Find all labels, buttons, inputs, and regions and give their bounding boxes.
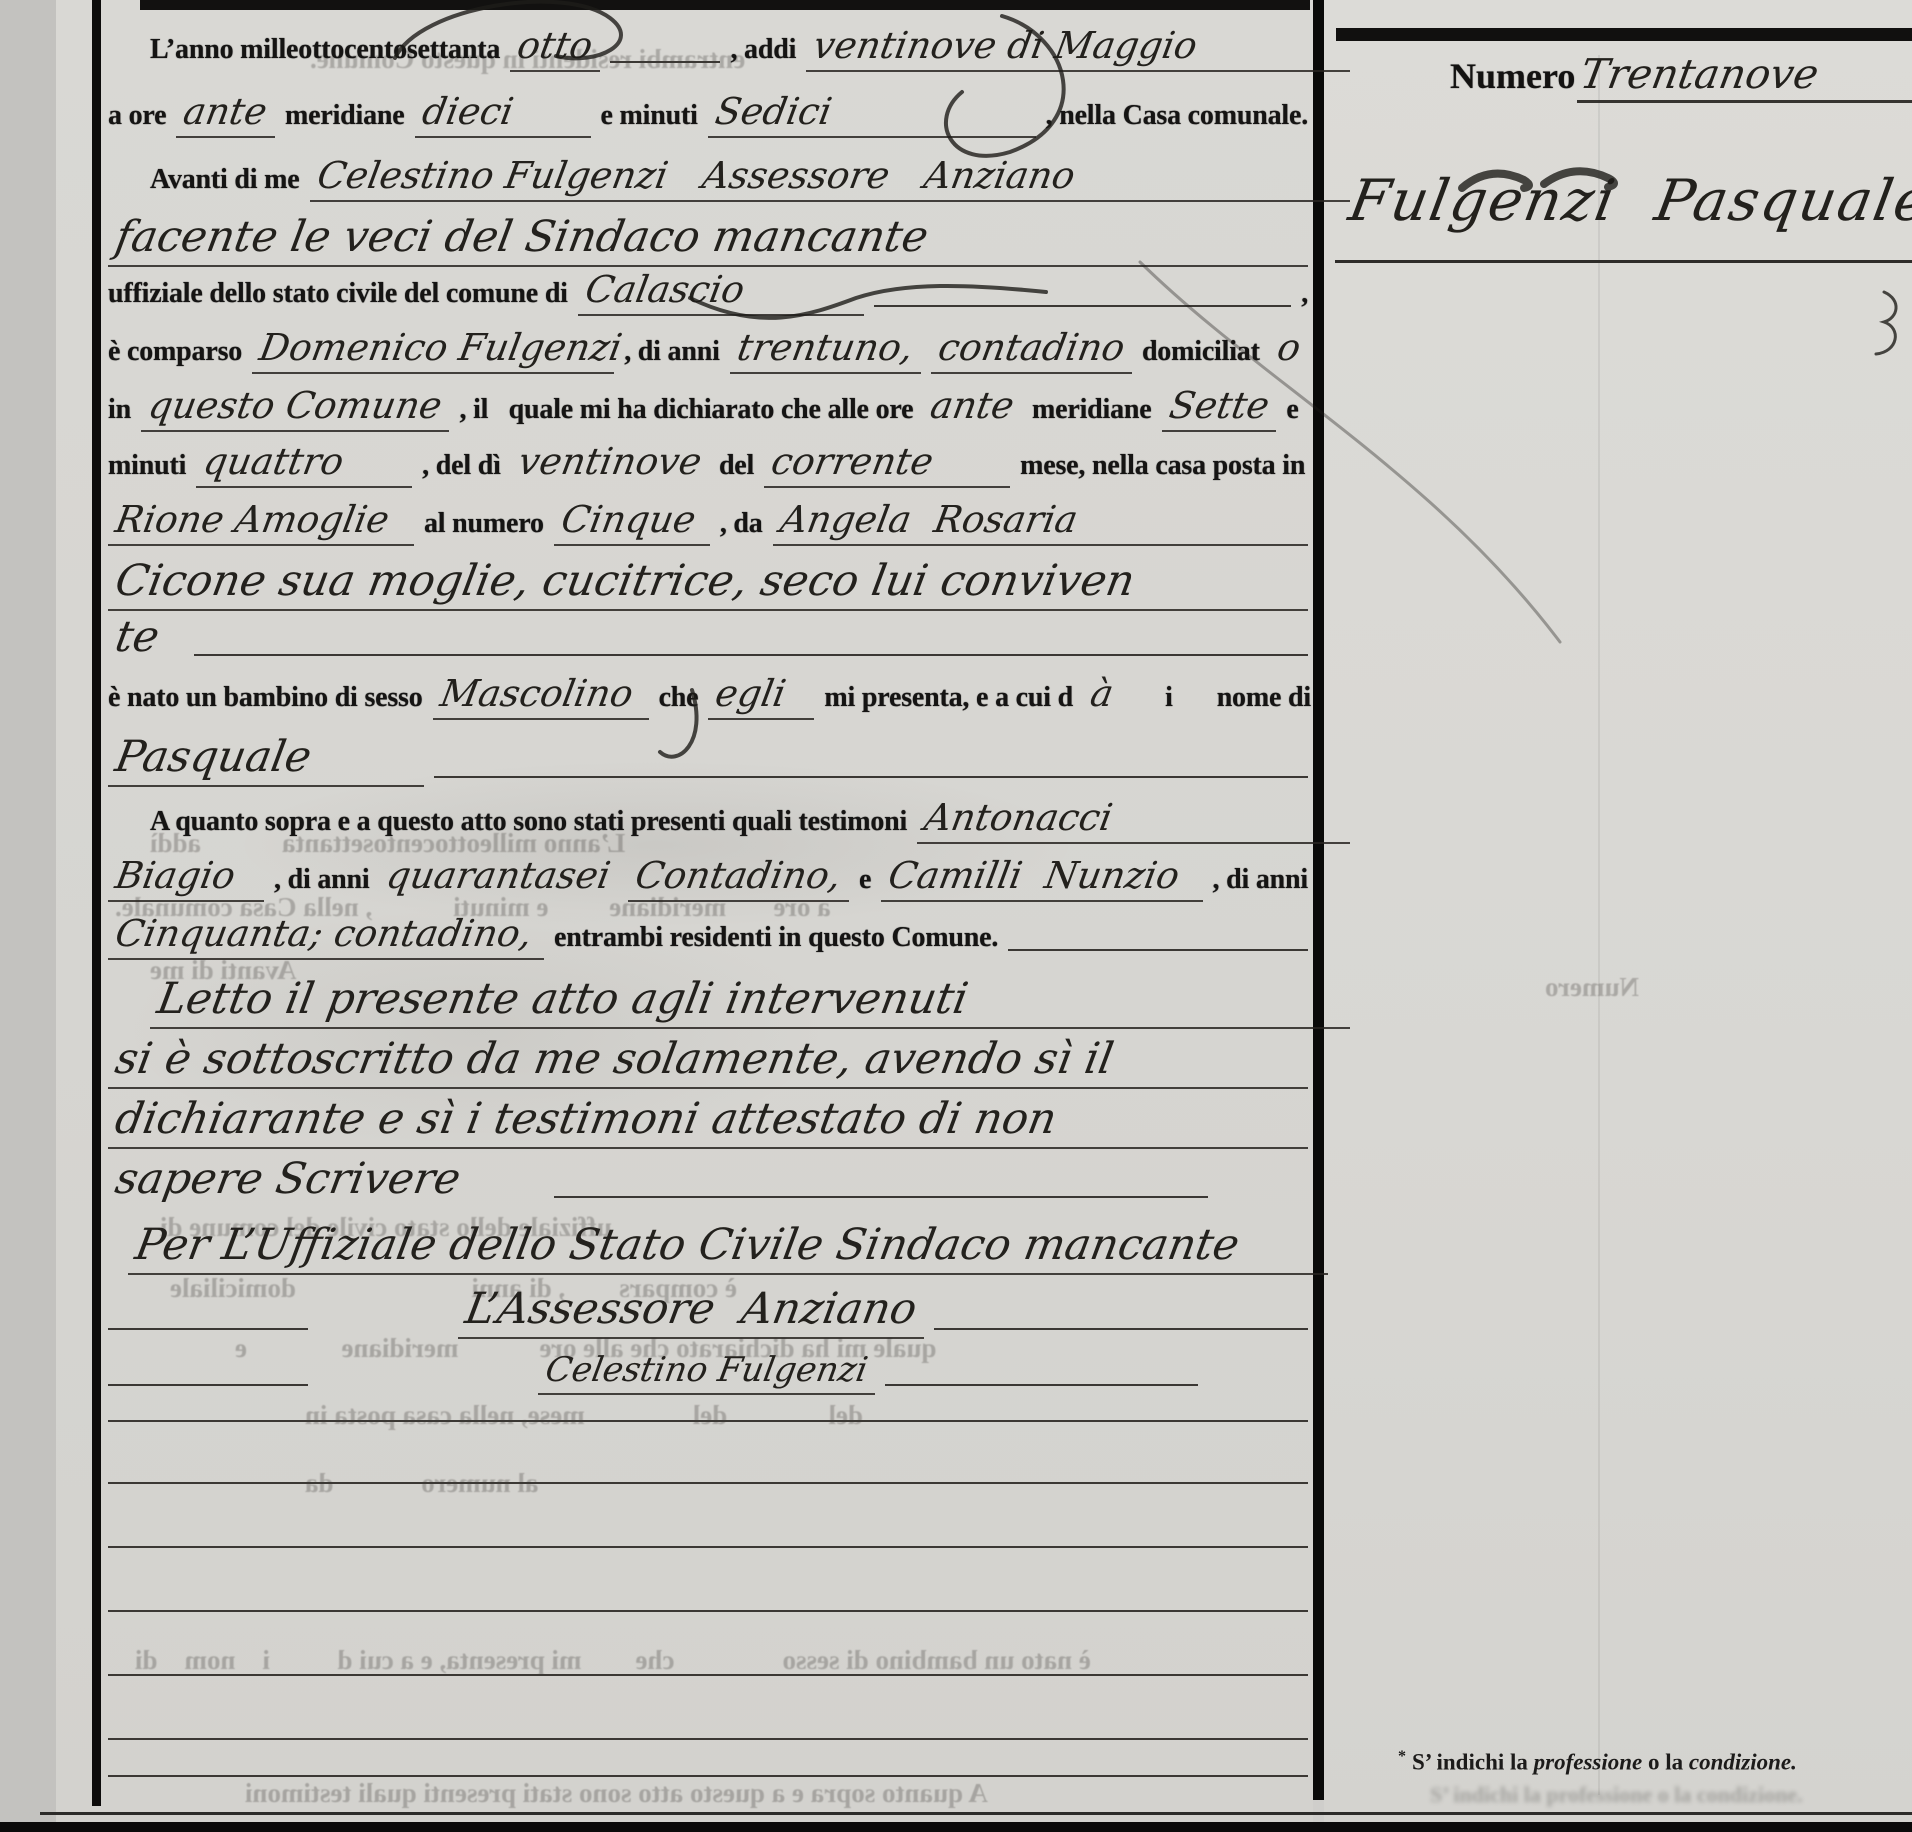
printed-label: è nato un bambino di sesso (108, 682, 423, 714)
handwritten-text: o (1274, 326, 1304, 369)
handwritten-entry: Cinque (554, 498, 710, 546)
footnote-italic-condizione: condizione. (1689, 1750, 1797, 1775)
printed-label: uffiziale dello stato civile del comune … (108, 278, 568, 310)
printed-label: , di anni (1213, 864, 1308, 896)
handwritten-entry: facente le veci del Sindaco mancante (108, 212, 1308, 267)
printed-label: minuti (108, 450, 186, 482)
handwritten-entry: à (1083, 672, 1121, 718)
handwritten-text: Sedici (712, 90, 835, 133)
printed-label: è comparso (108, 336, 242, 368)
main-column-top-border (140, 0, 1310, 10)
handwritten-entry: Celestino Fulgenzi Assessore Anziano (310, 154, 1350, 202)
form-line: L’Assessore Anziano (108, 1284, 1308, 1339)
handwritten-entry: Biagio (108, 854, 264, 902)
handwritten-text: si è sottoscritto da me solamente, avend… (112, 1034, 1118, 1084)
handwritten-entry: Sedici (708, 90, 1036, 138)
form-line: è comparsoDomenico Fulgenzi, di annitren… (108, 326, 1308, 374)
form-line: si è sottoscritto da me solamente, avend… (108, 1034, 1308, 1089)
printed-label: A quanto sopra e a questo atto sono stat… (150, 806, 907, 838)
handwritten-entry: Contadino, (628, 854, 849, 902)
handwritten-entry: ventinove (511, 440, 709, 486)
printed-label: , da (720, 508, 763, 540)
fill-rule (108, 1775, 1308, 1777)
handwritten-text: Angela Rosaria (777, 498, 1081, 541)
form-line (108, 1420, 1308, 1431)
handwritten-entry: Rione Amoglie (108, 498, 414, 546)
handwritten-text: te (112, 612, 164, 662)
form-line: dichiarante e sì i testimoni attestato d… (108, 1094, 1308, 1149)
form-line: te (108, 612, 1308, 665)
handwritten-text: Antonacci (921, 796, 1115, 839)
printed-label: al numero (424, 508, 544, 540)
handwritten-text: egli (713, 672, 790, 715)
footnote: *S’ indichi la professione o la condizio… (1398, 1748, 1797, 1776)
handwritten-entry: ventinove di Maggio (806, 24, 1350, 72)
handwritten-text: Domenico Fulgenzi (256, 326, 625, 369)
handwritten-entry: contadino (931, 326, 1132, 374)
fill-rule (874, 305, 1291, 307)
form-line: minutiquattro, del dìventinovedelcorrent… (108, 440, 1308, 488)
printed-label: che (659, 682, 699, 714)
handwritten-text: Per L’Uffiziale dello Stato Civile Sinda… (132, 1220, 1244, 1270)
fill-rule (885, 1384, 1198, 1386)
handwritten-text: ventinove di Maggio (810, 24, 1200, 67)
record-number-row: Numero Trentanove (1450, 50, 1912, 103)
printed-label: del (719, 450, 754, 482)
printed-label: e (859, 864, 871, 896)
handwritten-text: facente le veci del Sindaco mancante (112, 212, 932, 262)
form-line: facente le veci del Sindaco mancante (108, 212, 1308, 267)
form-line: uffiziale dello stato civile del comune … (108, 268, 1308, 316)
handwritten-entry: quattro (196, 440, 412, 488)
printed-label: nome di (1217, 682, 1311, 714)
handwritten-entry: si è sottoscritto da me solamente, avend… (108, 1034, 1308, 1089)
handwritten-entry: Calascio (578, 268, 864, 316)
fill-rule (1008, 949, 1308, 951)
handwritten-entry: Pasquale (108, 732, 424, 787)
printed-label: in (108, 394, 131, 426)
form-line: L’anno milleottocentosettantaotto, addiv… (108, 24, 1350, 72)
bottom-thin-rule (40, 1812, 1912, 1815)
form-line: Rione Amoglieal numeroCinque, daAngela R… (108, 498, 1308, 546)
handwritten-text: à (1087, 672, 1117, 715)
printed-label: meridiane (285, 100, 405, 132)
handwritten-entry: dichiarante e sì i testimoni attestato d… (108, 1094, 1308, 1149)
form-line: Pasquale (108, 732, 1308, 787)
bleedthrough-text: è nato un bambino di sesso che mi presen… (135, 1645, 1091, 1676)
handwritten-text: Cinquanta; contadino, (112, 912, 535, 955)
form-line: inquesto Comune, il quale mi ha dichiara… (108, 384, 1308, 432)
footnote-italic-professione: professione (1534, 1750, 1643, 1775)
right-column-top-border (1336, 28, 1912, 41)
handwritten-entry: Cicone sua moglie, cucitrice, seco lui c… (108, 556, 1308, 611)
printed-label: e (1286, 394, 1298, 426)
handwritten-entry: egli (708, 672, 814, 720)
fill-rule (934, 1328, 1308, 1330)
handwritten-text: sapere Scrivere (112, 1154, 465, 1204)
printed-label: mi presenta, e a cui d (824, 682, 1073, 714)
handwritten-text: ante (181, 90, 271, 133)
handwritten-text: ante (928, 384, 1018, 427)
handwritten-entry: Mascolino (433, 672, 649, 720)
printed-label: a ore (108, 100, 166, 132)
handwritten-entry: L’Assessore Anziano (458, 1284, 924, 1339)
handwritten-text: dichiarante e sì i testimoni attestato d… (112, 1094, 1061, 1144)
handwritten-entry: trentuno, (730, 326, 921, 374)
form-line: Cinquanta; contadino,entrambi residenti … (108, 912, 1308, 960)
right-column-paper (1324, 0, 1912, 1832)
printed-label: , di anni (624, 336, 719, 368)
handwritten-entry: Cinquanta; contadino, (108, 912, 544, 960)
printed-label: , nella Casa comunale. (1046, 100, 1308, 132)
fill-rule (108, 1674, 1308, 1676)
footnote-bleed: S’ indichi la professione o la condizion… (1430, 1782, 1803, 1808)
form-line (108, 1482, 1308, 1493)
paper-fold-line (1598, 55, 1600, 1795)
handwritten-text: corrente (768, 440, 936, 483)
left-border-rule (92, 0, 101, 1806)
printed-label: , (1301, 278, 1308, 310)
handwritten-text: Rione Amoglie (112, 498, 392, 541)
handwritten-text: otto (514, 24, 596, 67)
handwritten-text: Biagio (112, 854, 238, 897)
bleedthrough-text: Numero (1545, 972, 1639, 1003)
bottom-border-band (0, 1822, 1912, 1832)
handwritten-entry: questo Comune (141, 384, 450, 432)
page-left-margin (0, 0, 56, 1832)
form-line: A quanto sopra e a questo atto sono stat… (108, 796, 1350, 844)
handwritten-text: Pasquale (112, 732, 316, 782)
printed-label: , addi (730, 34, 796, 66)
handwritten-text: L’Assessore Anziano (462, 1284, 921, 1334)
printed-label: , di anni (274, 864, 369, 896)
handwritten-entry: Antonacci (917, 796, 1350, 844)
handwritten-text: quarantasei (384, 854, 614, 897)
form-line (108, 1674, 1308, 1685)
form-line: Per L’Uffiziale dello Stato Civile Sinda… (108, 1220, 1328, 1275)
numero-label: Numero (1450, 55, 1575, 97)
footnote-text: S’ indichi la (1412, 1750, 1534, 1775)
form-line (108, 1546, 1308, 1557)
handwritten-text: quattro (200, 440, 347, 483)
fill-rule (610, 61, 720, 63)
handwritten-text: Contadino, (632, 854, 844, 897)
handwritten-entry: ante (923, 384, 1022, 430)
handwritten-entry: Letto il presente atto agli intervenuti (150, 974, 1350, 1029)
handwritten-text: Cicone sua moglie, cucitrice, seco lui c… (112, 556, 1139, 606)
form-line: Celestino Fulgenzi (108, 1350, 1308, 1395)
column-divider-rule (1313, 0, 1324, 1800)
handwritten-text: Camilli Nunzio (885, 854, 1183, 897)
fill-rule (194, 654, 1308, 656)
handwritten-entry: corrente (764, 440, 1010, 488)
form-line (108, 1738, 1308, 1749)
handwritten-text: Letto il presente atto agli intervenuti (154, 974, 972, 1024)
handwritten-text: dieci (419, 90, 517, 133)
fill-rule (108, 1384, 308, 1386)
printed-label: entrambi residenti in questo Comune. (554, 922, 998, 954)
printed-label: , il quale mi ha dichiarato che alle ore (459, 394, 913, 426)
fill-rule (108, 1328, 308, 1330)
handwritten-text: questo Comune (145, 384, 445, 427)
fill-rule (108, 1610, 1308, 1612)
numero-value: Trentanove (1577, 50, 1912, 103)
handwritten-entry: Camilli Nunzio (881, 854, 1202, 902)
handwritten-entry: Angela Rosaria (773, 498, 1308, 546)
form-line: Cicone sua moglie, cucitrice, seco lui c… (108, 556, 1308, 611)
handwritten-entry: te (108, 612, 184, 665)
handwritten-entry: otto (510, 24, 600, 72)
printed-label: L’anno milleottocentosettanta (150, 34, 500, 66)
handwritten-entry: o (1270, 326, 1308, 372)
handwritten-text: Cinque (558, 498, 699, 541)
printed-label: meridiane (1032, 394, 1152, 426)
scanned-birth-record-page: entrambi residenti in questo Comune.L’an… (0, 0, 1912, 1832)
form-line: sapere Scrivere (108, 1154, 1308, 1207)
printed-label: Avanti di me (150, 164, 300, 196)
handwritten-text: Sette (1166, 384, 1272, 427)
record-name-text: Fulgenzi Pasquale (1342, 168, 1912, 237)
handwritten-entry: sapere Scrivere (108, 1154, 544, 1207)
handwritten-text: Calascio (582, 268, 748, 311)
handwritten-text: trentuno, (734, 326, 916, 369)
printed-label: i (1165, 682, 1173, 714)
fill-rule (434, 776, 1308, 778)
handwritten-entry: dieci (415, 90, 591, 138)
handwritten-entry: ante (176, 90, 275, 138)
handwritten-text: Mascolino (437, 672, 636, 715)
form-line: a oreantemeridianediecie minutiSedici, n… (108, 90, 1308, 138)
printed-label: e minuti (601, 100, 698, 132)
form-line (108, 1610, 1308, 1621)
record-name: Fulgenzi Pasquale (1342, 168, 1912, 237)
form-line: Letto il presente atto agli intervenuti (108, 974, 1350, 1029)
fill-rule (108, 1546, 1308, 1548)
printed-label: mese, nella casa posta in (1020, 450, 1305, 482)
form-line (108, 1775, 1308, 1786)
handwritten-text: contadino (935, 326, 1128, 369)
handwritten-entry: Per L’Uffiziale dello Stato Civile Sinda… (128, 1220, 1328, 1275)
handwritten-text: Celestino Fulgenzi Assessore Anziano (314, 154, 1078, 197)
handwritten-entry: Sette (1162, 384, 1277, 432)
fill-rule (108, 1420, 1308, 1422)
form-line: è nato un bambino di sessoMascolinocheeg… (108, 672, 1308, 720)
handwritten-entry: quarantasei (379, 854, 618, 900)
handwritten-entry: Celestino Fulgenzi (538, 1350, 875, 1395)
record-name-underline (1335, 260, 1912, 263)
fill-rule (108, 1482, 1308, 1484)
handwritten-text: Celestino Fulgenzi (542, 1350, 870, 1390)
form-line: Avanti di meCelestino Fulgenzi Assessore… (108, 154, 1350, 202)
fill-rule (108, 1738, 1308, 1740)
fill-rule (554, 1196, 1208, 1198)
handwritten-entry: Domenico Fulgenzi (252, 326, 614, 374)
footnote-mid: o la (1642, 1750, 1689, 1775)
printed-label: , del dì (422, 450, 501, 482)
handwritten-text: ventinove (515, 440, 705, 483)
footnote-asterisk: * (1398, 1748, 1406, 1765)
form-line: Biagio, di anniquarantaseiContadino,eCam… (108, 854, 1308, 902)
printed-label: domiciliat (1142, 336, 1260, 368)
